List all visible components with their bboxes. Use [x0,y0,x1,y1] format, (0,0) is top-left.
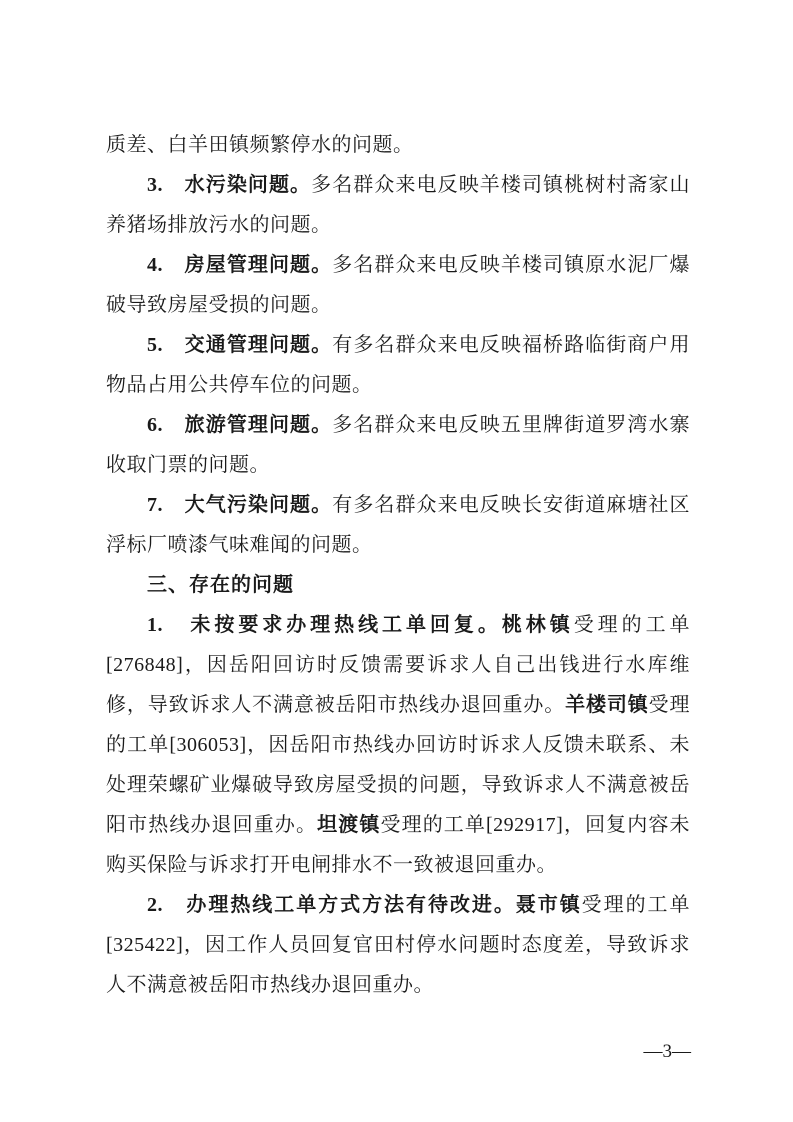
item-4-housing-management: 4. 房屋管理问题。多名群众来电反映羊楼司镇原水泥厂爆破导致房屋受损的问题。 [106,245,690,325]
section-heading-existing-problems: 三、存在的问题 [106,565,690,605]
item-7-air-pollution: 7. 大气污染问题。有多名群众来电反映长安街道麻塘社区浮标厂喷漆气味难闻的问题。 [106,485,690,565]
section-heading-text: 三、存在的问题 [147,574,294,596]
document-body: 质差、白羊田镇频繁停水的问题。3. 水污染问题。多名群众来电反映羊楼司镇桃树村斋… [106,125,690,1005]
item-number-title: 6. 旅游管理问题。 [147,414,332,436]
item-3-water-pollution: 3. 水污染问题。多名群众来电反映羊楼司镇桃树村斋家山养猪场排放污水的问题。 [106,165,690,245]
paragraph-continued-water-supply: 质差、白羊田镇频繁停水的问题。 [106,125,690,165]
item-number-title: 1. 未按要求办理热线工单回复。 [147,614,502,636]
item-number-title: 5. 交通管理问题。 [147,334,332,356]
document-page: 质差、白羊田镇频繁停水的问题。3. 水污染问题。多名群众来电反映羊楼司镇桃树村斋… [0,0,793,1122]
town-name: 羊楼司镇 [565,694,648,716]
problem-1-reply-not-per-requirements: 1. 未按要求办理热线工单回复。桃林镇受理的工单[276848]，因岳阳回访时反… [106,605,690,885]
town-name: 桃林镇 [502,614,574,636]
body-text: 质差、白羊田镇频繁停水的问题。 [106,134,414,156]
problem-2-methods-need-improvement: 2. 办理热线工单方式方法有待改进。聂市镇受理的工单[325422]，因工作人员… [106,885,690,1005]
page-number: —3— [644,1038,692,1066]
item-number-title: 7. 大气污染问题。 [147,494,332,516]
item-5-traffic-management: 5. 交通管理问题。有多名群众来电反映福桥路临街商户用物品占用公共停车位的问题。 [106,325,690,405]
town-name: 坦渡镇 [317,814,380,836]
item-number-title: 3. 水污染问题。 [147,174,311,196]
item-number-title: 4. 房屋管理问题。 [147,254,332,276]
town-name: 聂市镇 [516,894,582,916]
item-number-title: 2. 办理热线工单方式方法有待改进。 [147,894,516,916]
item-6-tourism-management: 6. 旅游管理问题。多名群众来电反映五里牌街道罗湾水寨收取门票的问题。 [106,405,690,485]
